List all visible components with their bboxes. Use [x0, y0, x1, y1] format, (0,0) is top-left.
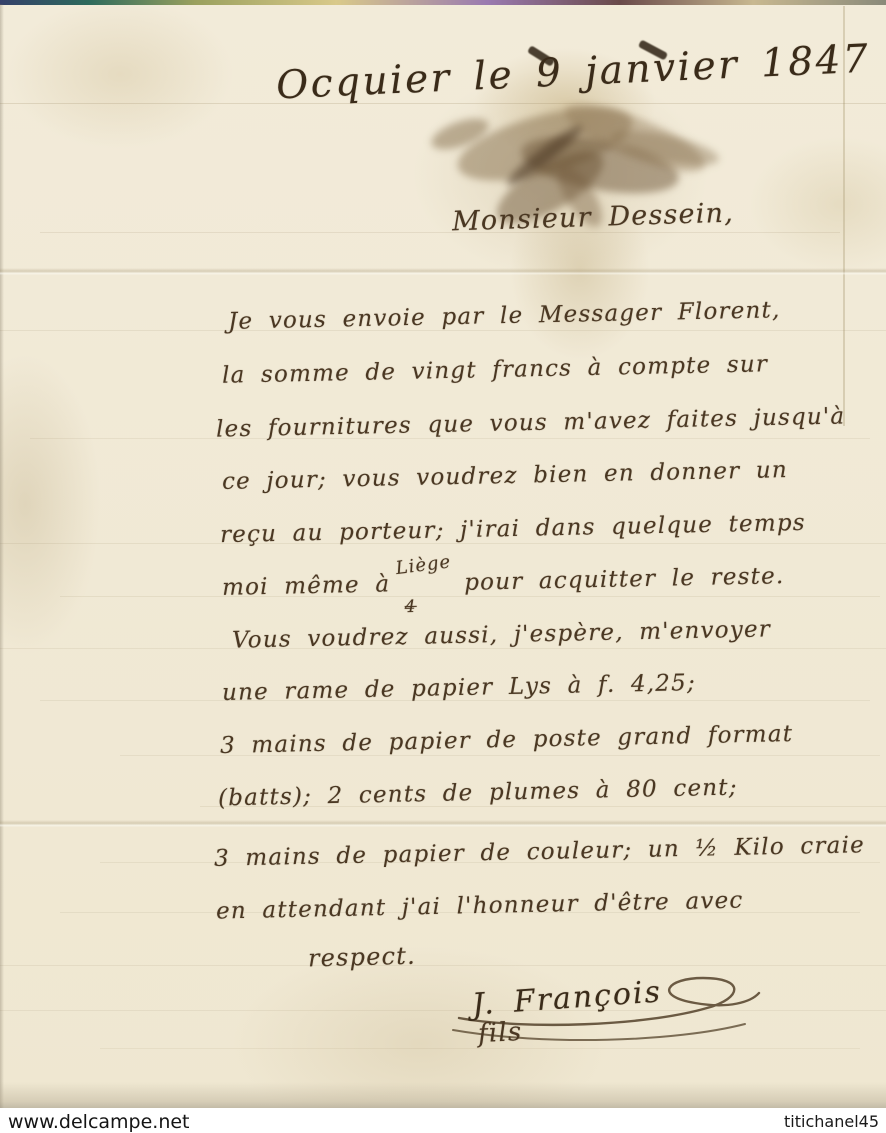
scan-artifact-strip: [0, 0, 886, 5]
paper-left-edge: [0, 4, 4, 1108]
liege-before: moi même à: [222, 571, 391, 601]
ruled-line: [30, 438, 870, 439]
paper-bottom-edge: [0, 1082, 886, 1108]
ruled-line: [60, 596, 880, 597]
scanned-letter-screenshot: Ocquier le 9 janvier 1847 Monsieur Desse…: [0, 0, 886, 1133]
fold-line: [0, 268, 886, 275]
watermark-seller: titichanel45: [784, 1112, 879, 1131]
insertion-anchor: Liège4: [390, 580, 464, 592]
ruled-line: [0, 103, 886, 104]
fold-line: [0, 820, 886, 827]
ruled-line: [40, 232, 840, 233]
insertion-caret: 4: [404, 597, 416, 617]
signature-suffix: fils: [477, 1017, 523, 1049]
closing-word: respect.: [308, 942, 417, 973]
watermark-site: www.delcampe.net: [8, 1111, 190, 1133]
